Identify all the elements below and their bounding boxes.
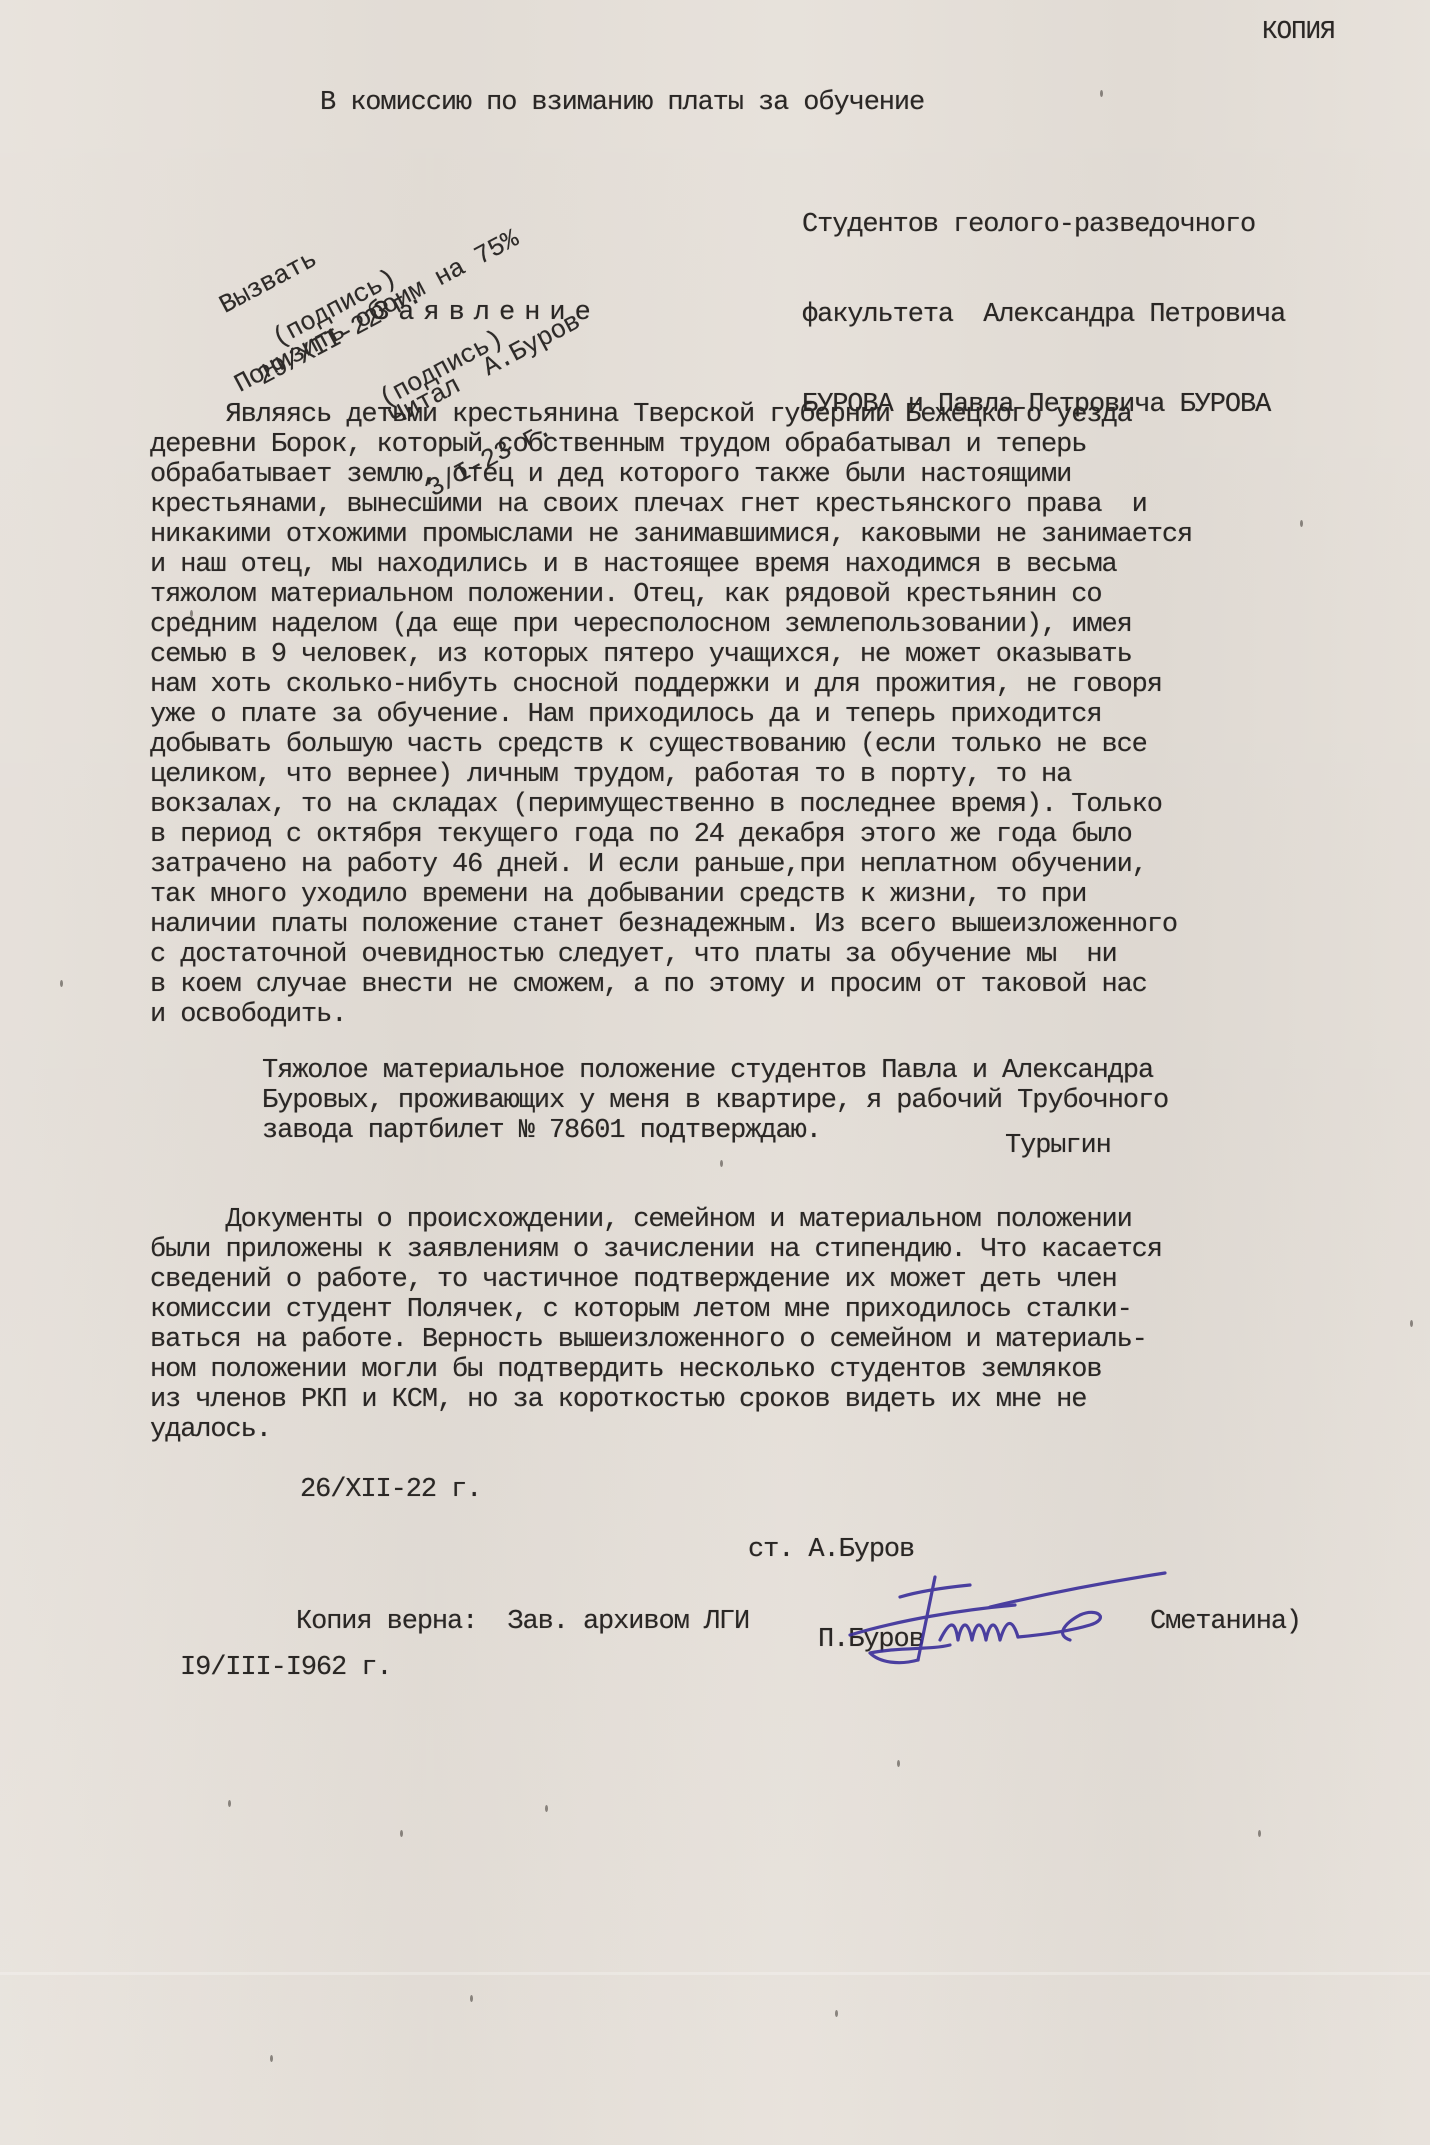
text-line: вокзалах, то на складах (перимущественно… [150, 790, 1192, 820]
petition-paragraph: Являясь детьми крестьянина Тверской губе… [150, 400, 1192, 1030]
paper-speck [835, 2010, 838, 2017]
paper-speck [400, 1830, 403, 1837]
confirmation-signer: Турыгин [1005, 1131, 1111, 1161]
paper-speck [720, 1160, 723, 1167]
certification-date: I9/III-I962 г. [180, 1653, 391, 1683]
paper-speck [897, 1760, 900, 1767]
text-line: и наш отец, мы находились и в настоящее … [150, 550, 1192, 580]
text-line: были приложены к заявлениям о зачислении… [150, 1235, 1162, 1265]
text-line: обрабатывает землю, отец и дед которого … [150, 460, 1192, 490]
paper-fold-line [0, 1972, 1430, 1975]
copy-mark: КОПИЯ [1262, 16, 1335, 46]
petition-date: 26/XII-22 г. [300, 1475, 481, 1505]
archival-document-page: КОПИЯ В комиссию по взиманию платы за об… [0, 0, 1430, 2145]
text-line: в период с октября текущего года по 24 д… [150, 820, 1192, 850]
sender-line: факультета Александра Петровича [802, 300, 1285, 330]
paper-speck [270, 2055, 273, 2062]
text-line: уже о плате за обучение. Нам приходилось… [150, 700, 1192, 730]
paper-speck [228, 1800, 231, 1807]
paper-speck [545, 1805, 548, 1812]
text-line: так много уходило времени на добывании с… [150, 880, 1192, 910]
text-line: из членов РКП и КСМ, но за короткостью с… [150, 1385, 1162, 1415]
text-line: добывать большую часть средств к существ… [150, 730, 1192, 760]
paper-speck [1100, 90, 1103, 97]
text-line: Являясь детьми крестьянина Тверской губе… [150, 400, 1192, 430]
text-line: с достаточной очевидностью следует, что … [150, 940, 1192, 970]
handwritten-signature-icon [840, 1565, 1180, 1675]
text-line: наличии платы положение станет безнадежн… [150, 910, 1192, 940]
text-line: удалось. [150, 1415, 1162, 1445]
paper-speck [1410, 1320, 1413, 1327]
paper-speck [60, 980, 63, 987]
text-line: затрачено на работу 46 дней. И если рань… [150, 850, 1192, 880]
text-line: тяжолом материальном положении. Отец, ка… [150, 580, 1192, 610]
text-line: средним наделом (да еще при чересполосно… [150, 610, 1192, 640]
paper-speck [190, 610, 193, 617]
certification-line: Копия верна: Зав. архивом ЛГИ [296, 1607, 749, 1637]
text-line: никакими отхожими промыслами не занимавш… [150, 520, 1192, 550]
text-line: ваться на работе. Верность вышеизложенно… [150, 1325, 1162, 1355]
text-line: целиком, что вернее) личным трудом, рабо… [150, 760, 1192, 790]
text-line: семью в 9 человек, из которых пятеро уча… [150, 640, 1192, 670]
paper-speck [470, 1995, 473, 2002]
text-line: и освободить. [150, 1000, 1192, 1030]
supporting-documents-paragraph: Документы о происхождении, семейном и ма… [150, 1205, 1162, 1445]
text-line: сведений о работе, то частичное подтверж… [150, 1265, 1162, 1295]
text-line: Буровых, проживающих у меня в квартире, … [262, 1086, 1168, 1116]
text-line: крестьянами, вынесшими на своих плечах г… [150, 490, 1192, 520]
signature-name: ст. А.Буров [748, 1535, 924, 1565]
addressee-line: В комиссию по взиманию платы за обучение [320, 88, 924, 118]
text-line: Тяжолое материальное положение студентов… [262, 1056, 1168, 1086]
text-line: в коем случае внести не сможем, а по это… [150, 970, 1192, 1000]
document-title: Заявление [373, 298, 600, 328]
text-line: комиссии студент Полячек, с которым лето… [150, 1295, 1162, 1325]
paper-speck [1258, 1830, 1261, 1837]
sender-line: Студентов геолого-разведочного [802, 210, 1285, 240]
text-line: Документы о происхождении, семейном и ма… [150, 1205, 1162, 1235]
paper-speck [1300, 520, 1303, 527]
text-line: ном положении могли бы подтвердить неско… [150, 1355, 1162, 1385]
text-line: нам хоть сколько-нибуть сносной поддержк… [150, 670, 1192, 700]
text-line: деревни Борок, который собственным трудо… [150, 430, 1192, 460]
